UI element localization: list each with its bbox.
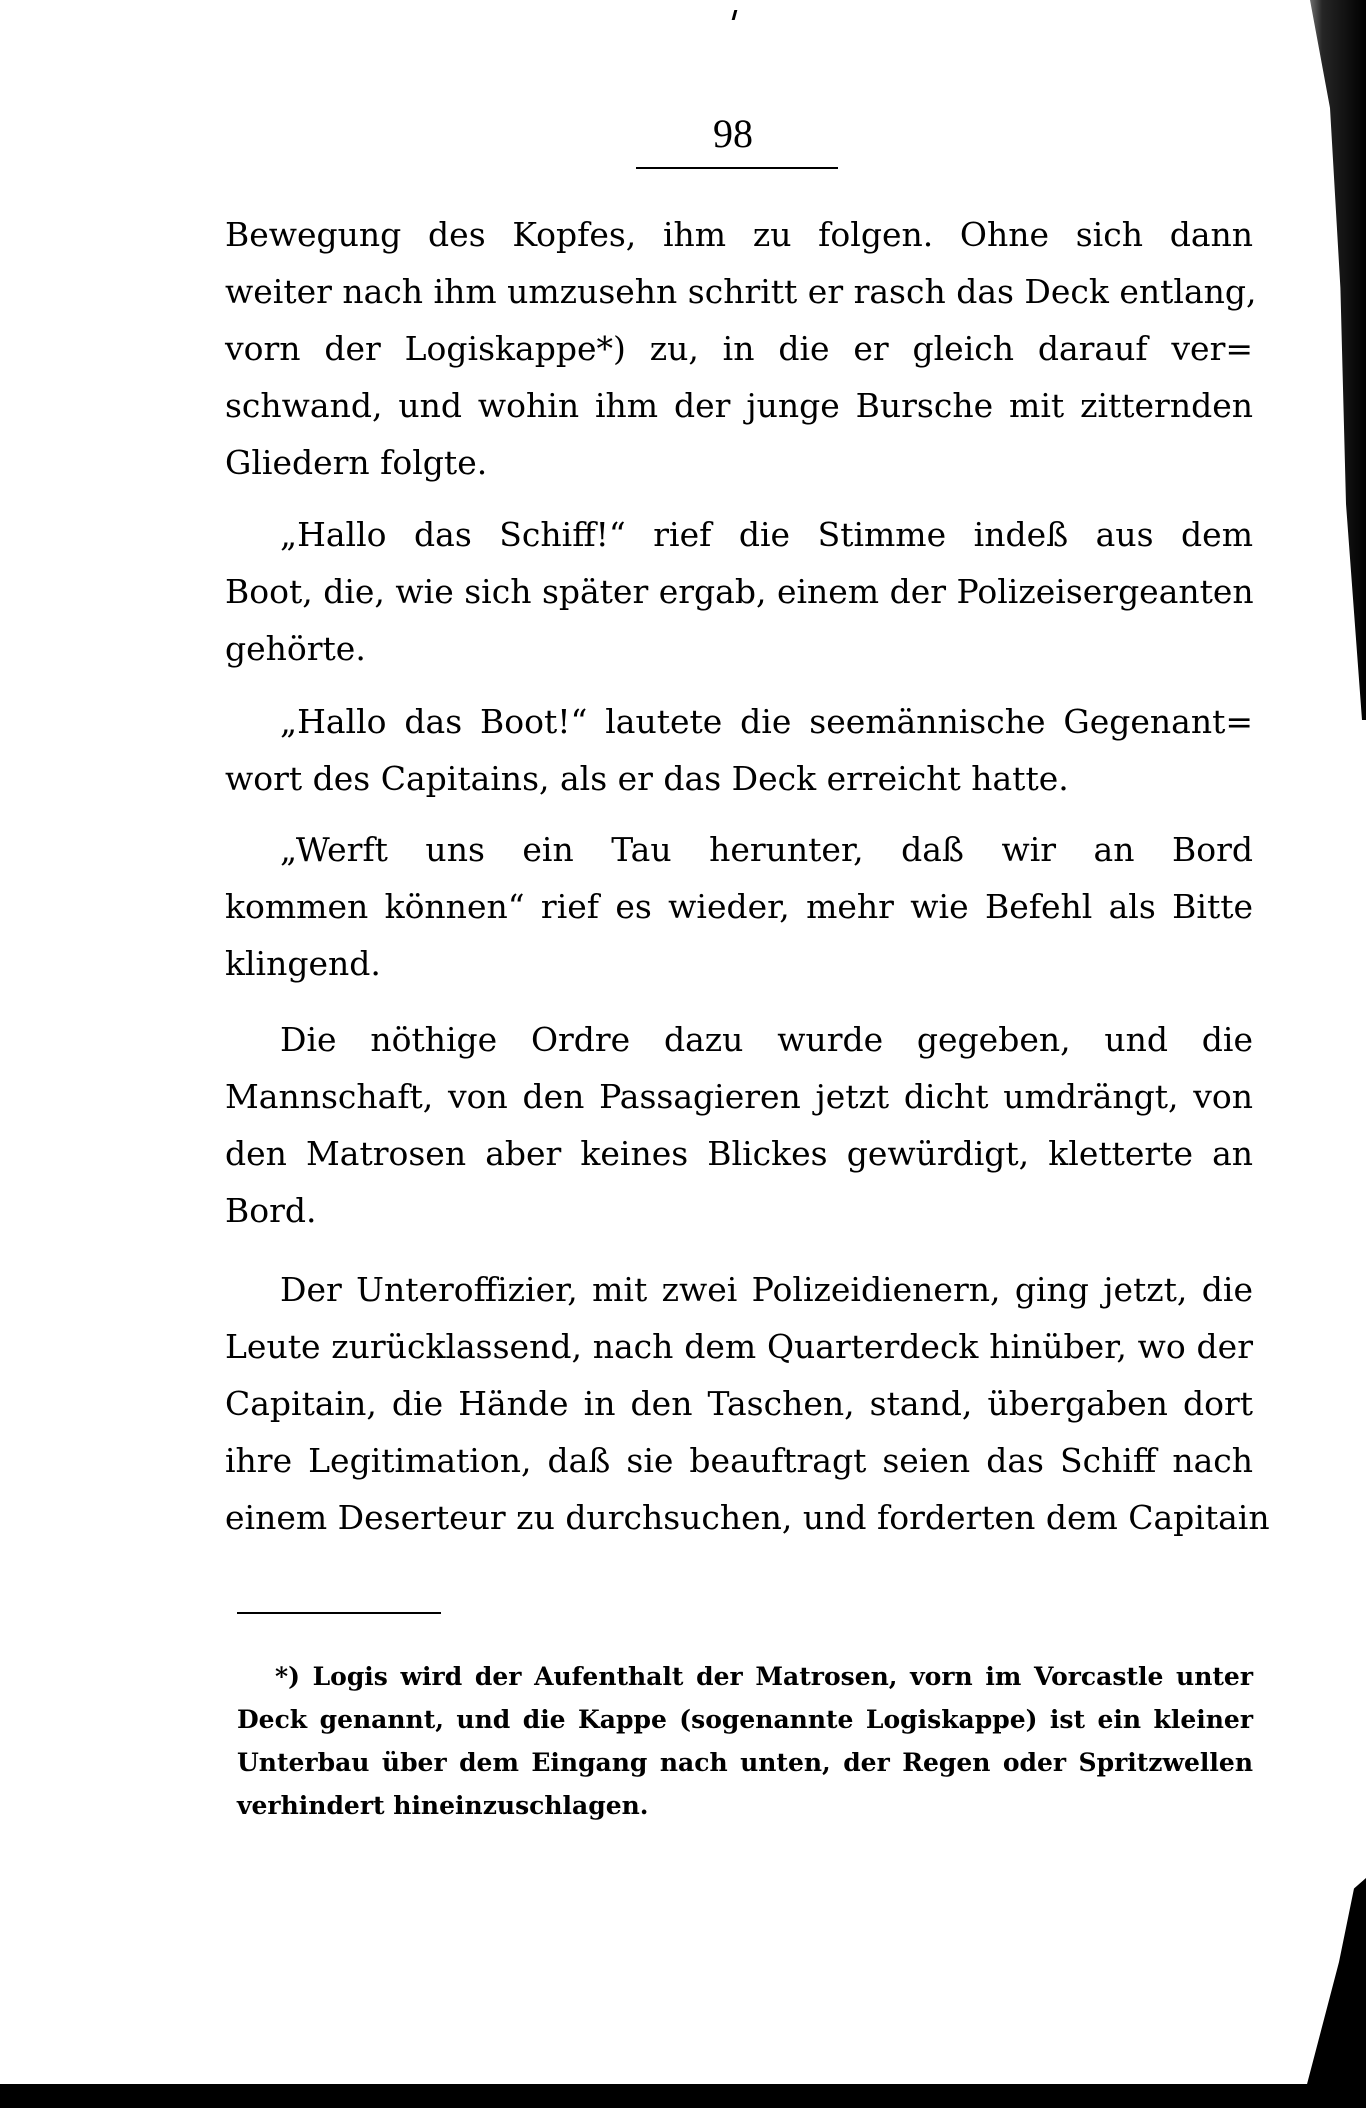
text-line: „Werft uns ein Tau herunter, daß wir an … [280, 828, 1253, 872]
text-line: weiter nach ihm umzusehn schritt er rasc… [225, 270, 1253, 314]
scan-speck [732, 10, 738, 20]
text-line: vorn der Logiskappe*) zu, in die er glei… [225, 327, 1253, 371]
page-number: 98 [683, 112, 783, 156]
text-line: Gliedern folgte. [225, 441, 1253, 485]
scan-edge-shadow [1286, 0, 1366, 720]
text-line: schwand, und wohin ihm der junge Bursche… [225, 384, 1253, 428]
footnote-line: Unterbau über dem Eingang nach unten, de… [237, 1746, 1253, 1780]
text-line: kommen können“ rief es wieder, mehr wie … [225, 885, 1253, 929]
text-line: Bewegung des Kopfes, ihm zu folgen. Ohne… [225, 213, 1253, 257]
header-rule [636, 167, 838, 169]
text-line: Leute zurücklassend, nach dem Quarterdec… [225, 1325, 1253, 1369]
text-line: Boot, die, wie sich später ergab, einem … [225, 570, 1253, 614]
text-line: klingend. [225, 942, 1253, 986]
text-line: wort des Capitains, als er das Deck erre… [225, 757, 1253, 801]
text-line: „Hallo das Boot!“ lautete die seemännisc… [280, 700, 1253, 744]
text-line: Mannschaft, von den Passagieren jetzt di… [225, 1075, 1253, 1119]
footnote-line: verhindert hineinzuschlagen. [237, 1789, 1253, 1823]
footnote-line: Deck genannt, und die Kappe (sogenannte … [237, 1703, 1253, 1737]
book-page: 98 Bewegung des Kopfes, ihm zu folgen. O… [0, 0, 1366, 2108]
scan-edge-shadow [0, 2084, 1366, 2108]
footnote-line: *) Logis wird der Aufenthalt der Matrose… [275, 1660, 1253, 1694]
text-line: Die nöthige Ordre dazu wurde gegeben, un… [280, 1018, 1253, 1062]
text-line: „Hallo das Schiff!“ rief die Stimme inde… [280, 513, 1253, 557]
footnote-rule [237, 1612, 441, 1614]
text-line: ihre Legitimation, daß sie beauftragt se… [225, 1439, 1253, 1483]
text-line: gehörte. [225, 627, 1253, 671]
text-line: Der Unteroffizier, mit zwei Polizeidiene… [280, 1268, 1253, 1312]
scan-edge-shadow [1306, 1878, 1366, 2088]
text-line: einem Deserteur zu durchsuchen, und ford… [225, 1496, 1253, 1540]
text-line: Bord. [225, 1189, 1253, 1233]
text-line: den Matrosen aber keines Blickes gewürdi… [225, 1132, 1253, 1176]
text-line: Capitain, die Hände in den Taschen, stan… [225, 1382, 1253, 1426]
